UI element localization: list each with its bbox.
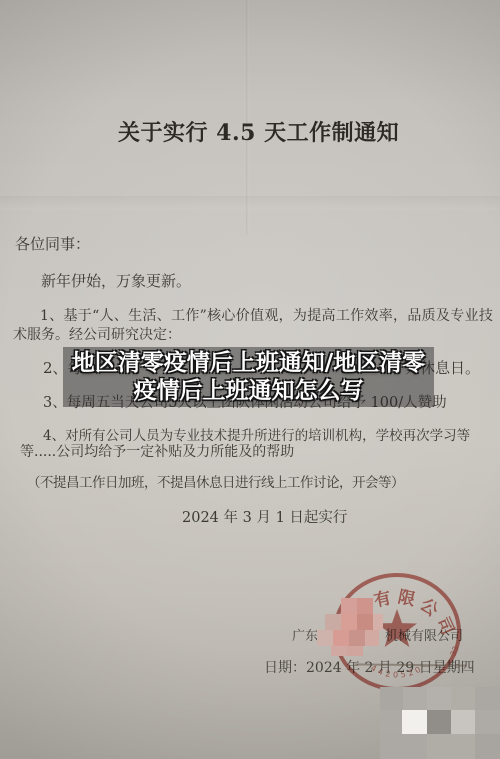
pixel-patch	[380, 734, 427, 759]
keyword-overlay-line-1: 地区清零疫情后上班通知/地区清零	[72, 349, 425, 377]
document-title: 关于实行 4.5 天工作制通知	[118, 116, 399, 147]
pixel-patch	[380, 710, 402, 734]
salutation: 各位同事：	[15, 233, 90, 254]
mosaic-cell	[357, 598, 373, 614]
seal-star-icon	[377, 609, 417, 647]
pixel-patch	[402, 710, 427, 734]
mosaic-cell	[341, 614, 357, 630]
pixel-patch	[427, 710, 451, 734]
pixel-patch	[380, 687, 403, 710]
mosaic-cell	[317, 630, 333, 646]
mosaic-cell	[373, 614, 383, 630]
pixel-patch	[475, 687, 500, 710]
effective-date-line: 2024 年 3 月 1 日起实行	[182, 506, 347, 527]
paragraph-1-line-1: 1、基于“人、生活、工作”核心价值观，为提高工作效率，品质及专业技	[40, 305, 493, 325]
paper-crease-horizontal	[0, 196, 500, 210]
pixel-patch	[427, 687, 451, 710]
pixel-patch	[427, 734, 475, 759]
paragraph-1-line-2: 术服务。经公司研究决定：	[13, 324, 181, 344]
mosaic-cell	[349, 630, 365, 646]
pixel-patch	[475, 734, 500, 759]
document-photo: 关于实行 4.5 天工作制通知 各位同事： 新年伊始，万象更新。 1、基于“人、…	[0, 0, 500, 759]
paragraph-4-line-2: 等.....公司均给予一定补贴及力所能及的帮助	[20, 441, 294, 461]
mosaic-cell	[333, 630, 349, 646]
mosaic-cell	[357, 614, 373, 630]
keyword-overlay: 地区清零疫情后上班通知/地区清零 疫情后上班通知怎么写	[63, 347, 434, 407]
pixel-patch	[475, 710, 500, 734]
mosaic-cell	[325, 614, 341, 630]
mosaic-cell	[331, 646, 347, 656]
opening-line: 新年伊始，万象更新。	[41, 270, 191, 291]
note-line: （不提昌工作日加班，不提昌休息日进行线上工作讨论，开会等）	[27, 471, 404, 491]
pixel-patch	[451, 687, 475, 710]
pixel-patch	[451, 710, 475, 734]
keyword-overlay-line-2: 疫情后上班通知怎么写	[134, 377, 364, 405]
pixel-patch	[403, 687, 427, 710]
mosaic-cell	[365, 630, 379, 646]
mosaic-cell	[347, 646, 363, 656]
mosaic-cell	[341, 598, 357, 614]
company-name-prefix: 广东	[292, 625, 318, 644]
